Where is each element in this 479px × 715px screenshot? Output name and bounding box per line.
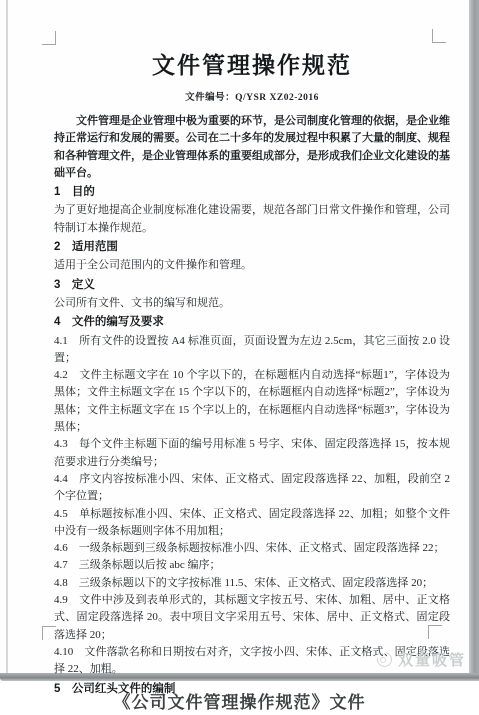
page-right-edge [469, 0, 479, 681]
document-page: 文件管理操作规范 文件编号：Q/YSR XZ02-2016 文件管理是企业管理中… [54, 50, 450, 699]
doc-title: 文件管理操作规范 [54, 50, 450, 80]
section-paragraph: 4.4 序文内容按标准小四、宋体、正文格式、固定段落选择 22、加粗，段前空 2… [54, 471, 450, 506]
section-heading: 3 定义 [54, 277, 450, 294]
section-paragraph: 4.9 文件中涉及到表单形式的，其标题文字按五号、宋体、加粗、居中、正文格式、固… [54, 592, 450, 644]
cropmark-top-right-icon [432, 29, 446, 43]
watermark: 双童吸管 [377, 649, 466, 670]
watermark-text: 双童吸管 [398, 649, 466, 670]
section-paragraph: 4.2 文件主标题文字在 10 个字以下的，在标题框内自动选择“标题1”，字体设… [54, 367, 450, 436]
section-heading: 4 文件的编写及要求 [54, 314, 450, 331]
doc-number: 文件编号：Q/YSR XZ02-2016 [54, 92, 450, 104]
section-paragraph: 4.7 三级条标题以后按 abc 编序； [54, 557, 450, 574]
section-paragraph: 4.5 单标题按标准小四、宋体、正文格式、固定段落选择 22、加粗；如整个文件中… [54, 506, 450, 541]
document-body: 1 目的 为了更好地提高企业制度标准化建设需要，规范各部门日常文件操作和管理，公… [54, 184, 450, 698]
section-paragraph: 公司所有文件、文书的编写和规范。 [54, 295, 450, 312]
section-paragraph: 4.3 每个文件主标题下面的编号用标准 5 号字、宋体、固定段落选择 15，按本… [54, 436, 450, 471]
section-paragraph: 4.1 所有文件的设置按 A4 标准页面，页面设置为左边 2.5cm，其它三面按… [54, 333, 450, 368]
cropmark-top-left-icon [42, 31, 56, 45]
section-paragraph: 4.8 三级条标题以下的文字按标准 11.5、宋体、正文格式、固定段落选择 20… [54, 575, 450, 592]
watermark-logo-icon [374, 649, 395, 670]
section-heading: 1 目的 [54, 184, 450, 201]
section-heading: 2 适用范围 [54, 239, 450, 256]
section-paragraph: 适用于全公司范围内的文件操作和管理。 [54, 257, 450, 274]
image-caption: 《公司文件管理操作规范》文件 [0, 688, 479, 713]
section-paragraph: 为了更好地提高企业制度标准化建设需要，规范各部门日常文件操作和管理，公司特制订本… [54, 202, 450, 237]
document-photo: 文件管理操作规范 文件编号：Q/YSR XZ02-2016 文件管理是企业管理中… [0, 0, 479, 681]
intro-paragraph: 文件管理是企业管理中极为重要的环节，是公司制度化管理的依据，是企业维持正常运行和… [54, 113, 450, 182]
section-paragraph: 4.6 一级条标题到三级条标题按标准小四、宋体、正文格式、固定段落选择 22； [54, 540, 450, 557]
page-left-edge [6, 0, 8, 673]
